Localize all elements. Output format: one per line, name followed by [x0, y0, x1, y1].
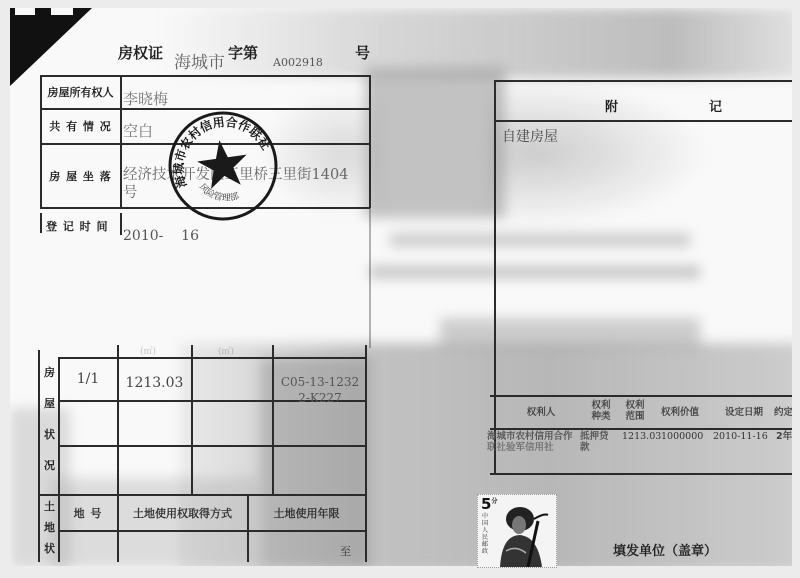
stamp-figure-icon [492, 501, 554, 567]
rights-header-holder: 权利人 [510, 396, 572, 428]
scan-noise [370, 266, 700, 278]
scan-noise [490, 78, 710, 228]
owner-label: 房屋所有权人 [41, 76, 120, 108]
registration-date-value: 2010- 16 [123, 228, 199, 244]
land-term-header: 土地使用年限 [248, 495, 365, 530]
rights-header-value: 权利价值 [656, 396, 704, 428]
official-seal-icon: 海城市农村信用合作联社 风险管理部 [165, 108, 281, 224]
code-cell-line1: C05-13-1232 [274, 375, 366, 389]
certificate-hao-label: 号 [355, 42, 370, 63]
co-ownership-label: 共 有 情 况 [41, 109, 120, 143]
notes-content: 自建房屋 [502, 126, 558, 146]
unit-header: (㎡) [218, 344, 234, 357]
house-status-section-label: 房 屋 状 况 [41, 357, 58, 481]
location-value-line2: 号 [123, 181, 138, 202]
scan-noise [365, 68, 505, 218]
certificate-city: 海城市 [174, 48, 225, 73]
rights-scope: 1213.03 [622, 431, 661, 442]
rights-header-type: 权利种类 [588, 400, 614, 422]
land-status-section-label: 土 地 状 [41, 496, 58, 559]
land-term-to: 至 [340, 543, 351, 559]
rights-term: 2年 [776, 431, 792, 442]
notes-header-right: 记 [709, 96, 722, 115]
registration-date-label: 登 记 时 间 [46, 218, 109, 234]
rights-header-scope: 权利范围 [622, 400, 648, 422]
scan-noise [260, 358, 370, 566]
certificate-number: A002918 [273, 56, 323, 69]
stamp-country-en: CHINA [477, 538, 479, 557]
stamp-country-cn: 中国人民邮政 [482, 513, 489, 555]
unit-header: (㎡) [140, 344, 156, 357]
rights-header-date: 设定日期 [720, 396, 768, 428]
area-cell: 1213.03 [118, 362, 191, 404]
scan-noise [390, 233, 690, 247]
certificate-title-label: 房权证 [118, 42, 163, 63]
code-cell-line2: 2-K227 [274, 391, 366, 405]
land-number-header: 地 号 [59, 495, 117, 530]
location-label: 房 屋 坐 落 [41, 144, 120, 207]
notes-header-left: 附 [605, 96, 618, 115]
rights-header-term: 约定 [774, 396, 792, 428]
owner-value: 李晓梅 [123, 88, 168, 109]
svg-text:风险管理部: 风险管理部 [197, 182, 241, 204]
rights-type: 抵押贷款 [580, 431, 609, 453]
rights-value: 1000000 [661, 431, 703, 442]
issuer-label: 填发单位（盖章） [613, 540, 717, 559]
co-ownership-value: 空白 [123, 120, 153, 141]
rights-holder: 海城市农村信用合作联社验军信用社 [487, 431, 573, 453]
postage-stamp: 5分 中国人民邮政 CHINA [477, 494, 557, 568]
floor-cell: 1/1 [59, 358, 117, 400]
rights-date: 2010-11-16 [713, 431, 768, 442]
land-acquisition-header: 土地使用权取得方式 [118, 495, 247, 530]
certificate-zi-di-label: 字第 [228, 42, 258, 63]
